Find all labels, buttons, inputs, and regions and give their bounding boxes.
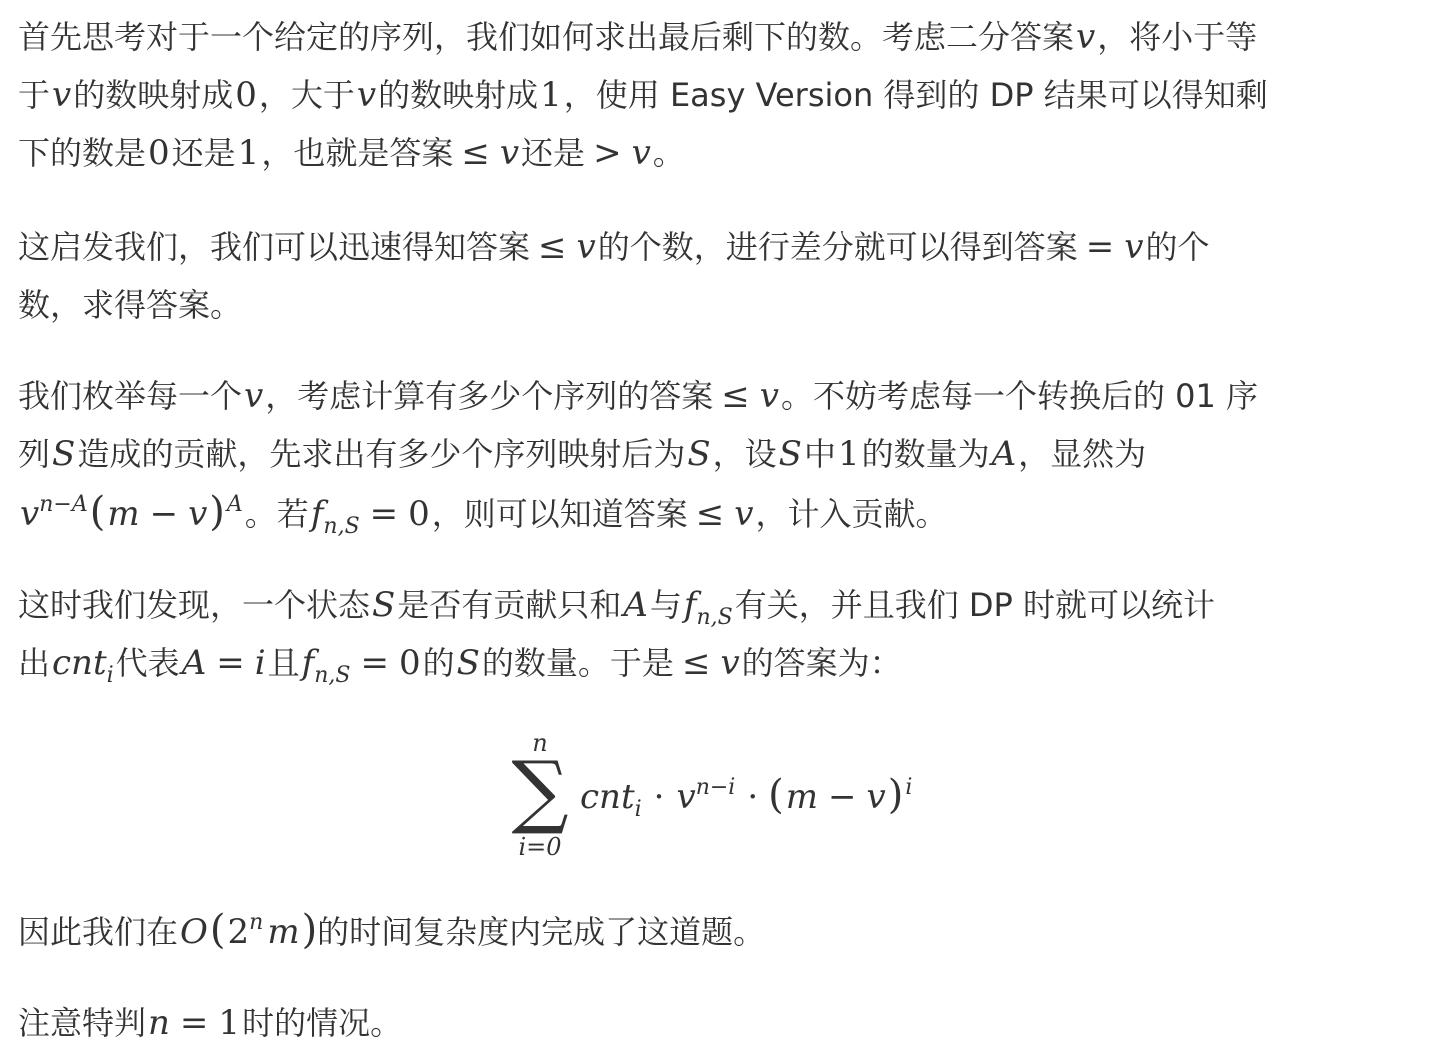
math-power: A [225,494,245,534]
math-function: fn,S [300,643,353,683]
text: 这时我们发现，一个状态 [18,586,370,624]
math-var: S [777,434,804,474]
text-line: vn−A(m−v)A。若fn,S=0，则可以知道答案≤v，计入贡献。 [18,483,1258,541]
text: 列 [18,435,50,473]
text: ，使用 Easy Version 得到的 DP 结果可以得知剩 [564,76,1268,114]
math-power: vn−i [674,777,737,817]
math-cnt: cnti [578,777,644,817]
text-line: 我们枚举每一个v，考虑计算有多少个序列的答案≤v。不妨考虑每一个转换后的 01 … [18,367,1258,425]
math-operator: = [172,1003,217,1043]
math-operator: = [362,494,407,534]
math-number: 1 [216,1003,242,1043]
math-number: 0 [397,643,423,683]
math-operator: = [352,643,397,683]
paragraph-enumeration: 我们枚举每一个v，考虑计算有多少个序列的答案≤v。不妨考虑每一个转换后的 01 … [18,367,1258,541]
math-operator: = [208,643,253,683]
text: ，也就是答案 [261,134,453,172]
sum-body: cnti·vn−i·(m−v)i [578,770,914,822]
display-formula: n ∑ i=0 cnti·vn−i·(m−v)i [0,728,1442,868]
math-var: S [370,585,397,625]
math-number: 1 [236,133,262,173]
text: ，将小于等 [1097,18,1257,56]
math-var: A [990,434,1019,474]
math-var: v [676,777,695,817]
text: 的数映射成 [378,76,538,114]
math-var: S [50,434,77,474]
text-line: 这启发我们，我们可以迅速得知答案≤v的个数，进行差分就可以得到答案=v的个 [18,218,1209,276]
math-power: 2n [226,912,266,952]
text: 的时间复杂度内完成了这道题。 [317,913,765,951]
text: 的个 [1145,228,1209,266]
math-dot: · [644,777,675,817]
math-paren: ) [209,489,225,535]
text: 于 [18,76,50,114]
math-var: f [684,585,697,625]
math-var: S [685,434,712,474]
math-var: O [178,912,210,952]
math-operator: − [142,494,187,534]
text: 的答案为： [742,644,902,682]
paragraph-binary-search-idea: 首先思考对于一个给定的序列，我们如何求出最后剩下的数。考虑二分答案v，将小于等 … [18,8,1268,182]
text-line: 出cnti代表A=i且fn,S=0的S的数量。于是≤v的答案为： [18,634,1215,692]
math-subscript: i [635,797,642,822]
math-cnt: cnti [50,643,116,683]
paragraph-difference-idea: 这启发我们，我们可以迅速得知答案≤v的个数，进行差分就可以得到答案=v的个 数，… [18,218,1209,334]
math-var: v [865,777,888,817]
math-subscript: i [107,663,114,688]
math-var: A [180,643,209,683]
math-var: S [455,643,482,683]
text: ，显然为 [1018,435,1146,473]
math-operator: − [820,777,865,817]
text-line: 于v的数映射成0，大于v的数映射成1，使用 Easy Version 得到的 D… [18,66,1268,124]
text: 且 [268,644,300,682]
math-var: v [50,75,73,115]
math-exponent: i [905,775,912,800]
text: 出 [18,644,50,682]
math-var: cnt [52,643,107,683]
text: 的 [423,644,455,682]
math-var: v [732,494,755,534]
math-power: i [903,777,914,817]
text: 是否有贡献只和 [397,586,621,624]
math-power-expression: vn−A [18,494,90,534]
math-var: cnt [580,777,635,817]
math-exponent: n [249,910,263,935]
math-var: v [186,494,209,534]
math-var: i [253,643,268,683]
math-var: v [1074,17,1097,57]
text: 代表 [116,644,180,682]
math-number: 1 [538,75,564,115]
math-subscript: n,S [314,663,350,688]
math-paren: ( [768,772,784,818]
text: 首先思考对于一个给定的序列，我们如何求出最后剩下的数。考虑二分答案 [18,18,1074,56]
math-var: m [784,777,820,817]
math-var: m [105,494,141,534]
math-exponent: A [227,492,243,517]
math-var: f [302,643,315,683]
math-exponent: n−i [696,775,736,800]
math-paren: ( [210,907,226,953]
text: 的个数，进行差分就可以得到答案 [598,228,1078,266]
math-operator: ≤ [713,376,758,416]
math-subscript: n,S [323,514,359,539]
text-line: 下的数是0还是1，也就是答案≤v还是>v。 [18,124,1268,182]
text-line: 因此我们在O(2nm)的时间复杂度内完成了这道题。 [18,901,765,959]
math-var: v [718,643,741,683]
text: 还是 [521,134,585,172]
text: 的数量。于是 [482,644,674,682]
math-operator: = [1078,227,1123,267]
text-line: 注意特判n=1时的情况。 [18,994,402,1049]
math-operator: ≤ [674,643,719,683]
text-line: 数，求得答案。 [18,276,1209,334]
math-var: v [242,376,265,416]
sigma-symbol: ∑ [505,746,575,836]
text-line: 首先思考对于一个给定的序列，我们如何求出最后剩下的数。考虑二分答案v，将小于等 [18,8,1268,66]
math-paren: ) [888,772,904,818]
text: 。不妨考虑每一个转换后的 01 序 [781,377,1258,415]
text: ，计入贡献。 [756,495,948,533]
math-var: m [265,912,301,952]
text: ，大于 [259,76,355,114]
paragraph-state-observation: 这时我们发现，一个状态S是否有贡献只和A与fn,S有关，并且我们 DP 时就可以… [18,576,1215,692]
math-number: 0 [406,494,432,534]
math-var: v [20,494,39,534]
text: 的数映射成 [73,76,233,114]
math-var: n [146,1003,172,1043]
math-var: A [621,585,650,625]
text: 还是 [172,134,236,172]
text: ，则可以知道答案 [432,495,688,533]
math-subscript: n,S [697,605,733,630]
math-var: v [498,133,521,173]
text: 数，求得答案。 [18,286,242,324]
paragraph-special-case: 注意特判n=1时的情况。 [18,994,402,1049]
text: 下的数是 [18,134,146,172]
math-var: v [1122,227,1145,267]
text-line: 这时我们发现，一个状态S是否有贡献只和A与fn,S有关，并且我们 DP 时就可以… [18,576,1215,634]
math-number: 2 [228,912,250,952]
paragraph-complexity: 因此我们在O(2nm)的时间复杂度内完成了这道题。 [18,901,765,959]
math-var: v [630,133,653,173]
math-operator: ≤ [453,133,498,173]
text: 。若 [245,495,309,533]
math-number: 0 [146,133,172,173]
text: 时的情况。 [242,1004,402,1042]
text: 中 [804,435,836,473]
summation: n ∑ i=0 [505,728,575,868]
math-operator: ≤ [688,494,733,534]
text: 这启发我们，我们可以迅速得知答案 [18,228,530,266]
sum-lower-bound: i=0 [505,832,575,862]
math-dot: · [737,777,768,817]
text: 因此我们在 [18,913,178,951]
math-number: 1 [836,434,862,474]
text: 我们枚举每一个 [18,377,242,415]
text: 注意特判 [18,1004,146,1042]
math-exponent: n−A [39,492,88,517]
text: 。 [653,134,685,172]
math-var: f [311,494,324,534]
math-number: 0 [233,75,259,115]
text: 有关，并且我们 DP 时就可以统计 [735,586,1215,624]
math-function: fn,S [309,494,362,534]
math-var: v [355,75,378,115]
text: 造成的贡献，先求出有多少个序列映射后为 [77,435,685,473]
math-var: v [575,227,598,267]
text: 与 [650,586,682,624]
math-paren: ) [302,907,318,953]
math-var: v [758,376,781,416]
text: ，考虑计算有多少个序列的答案 [265,377,713,415]
text: ，设 [713,435,777,473]
math-operator: ≤ [530,227,575,267]
math-operator: > [585,133,630,173]
text-line: 列S造成的贡献，先求出有多少个序列映射后为S，设S中1的数量为A，显然为 [18,425,1258,483]
math-paren: ( [90,489,106,535]
text: 的数量为 [862,435,990,473]
math-function: fn,S [682,585,735,625]
